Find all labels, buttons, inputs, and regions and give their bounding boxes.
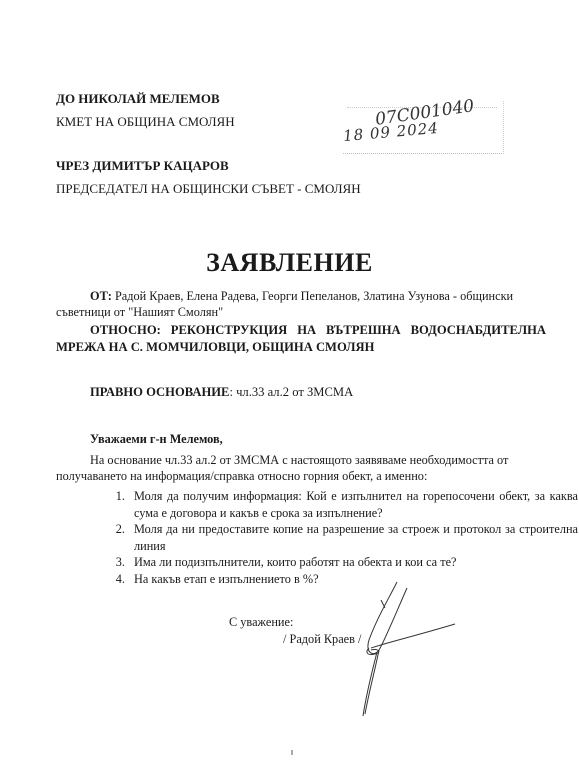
request-list: Моля да получим информация: Кой е изпълн… <box>90 488 578 587</box>
page-mark <box>291 750 293 755</box>
from-label: ОТ: <box>90 289 112 303</box>
signer-name: / Радой Краев / <box>283 632 361 647</box>
subject-label: ОТНОСНО: <box>90 323 161 337</box>
request-item: Моля да получим информация: Кой е изпълн… <box>128 488 578 521</box>
request-item: Има ли подизпълнители, които работят на … <box>128 554 578 571</box>
registration-date: 18 09 2024 <box>342 119 439 145</box>
legal-basis: ПРАВНО ОСНОВАНИЕ: чл.33 ал.2 от ЗМСМА <box>90 385 353 400</box>
signature-icon <box>355 578 465 718</box>
closing: С уважение: <box>229 615 293 630</box>
request-item: Моля да ни предоставите копие на разреше… <box>128 521 578 554</box>
intro-paragraph: На основание чл.33 ал.2 от ЗМСМА с насто… <box>56 452 546 484</box>
legal-basis-text: : чл.33 ал.2 от ЗМСМА <box>229 385 353 399</box>
via-position: ПРЕДСЕДАТЕЛ НА ОБЩИНСКИ СЪВЕТ - СМОЛЯН <box>56 181 361 197</box>
request-item: На какъв етап е изпълнението в %? <box>128 571 578 588</box>
recipient-name: ДО НИКОЛАЙ МЕЛЕМОВ <box>56 91 220 107</box>
registration-stamp: 07С001040 18 09 2024 <box>343 101 504 154</box>
from-line: ОТ: Радой Краев, Елена Радева, Георги Пе… <box>56 288 546 320</box>
from-text: Радой Краев, Елена Радева, Георги Пепела… <box>56 289 513 319</box>
via-name: ЧРЕЗ ДИМИТЪР КАЦАРОВ <box>56 158 229 174</box>
document-title: ЗАЯВЛЕНИЕ <box>0 248 579 278</box>
greeting: Уважаеми г-н Мелемов, <box>90 432 223 447</box>
subject-line: ОТНОСНО: РЕКОНСТРУКЦИЯ НА ВЪТРЕШНА ВОДОС… <box>56 322 546 356</box>
recipient-position: КМЕТ НА ОБЩИНА СМОЛЯН <box>56 114 235 130</box>
legal-basis-label: ПРАВНО ОСНОВАНИЕ <box>90 385 229 399</box>
